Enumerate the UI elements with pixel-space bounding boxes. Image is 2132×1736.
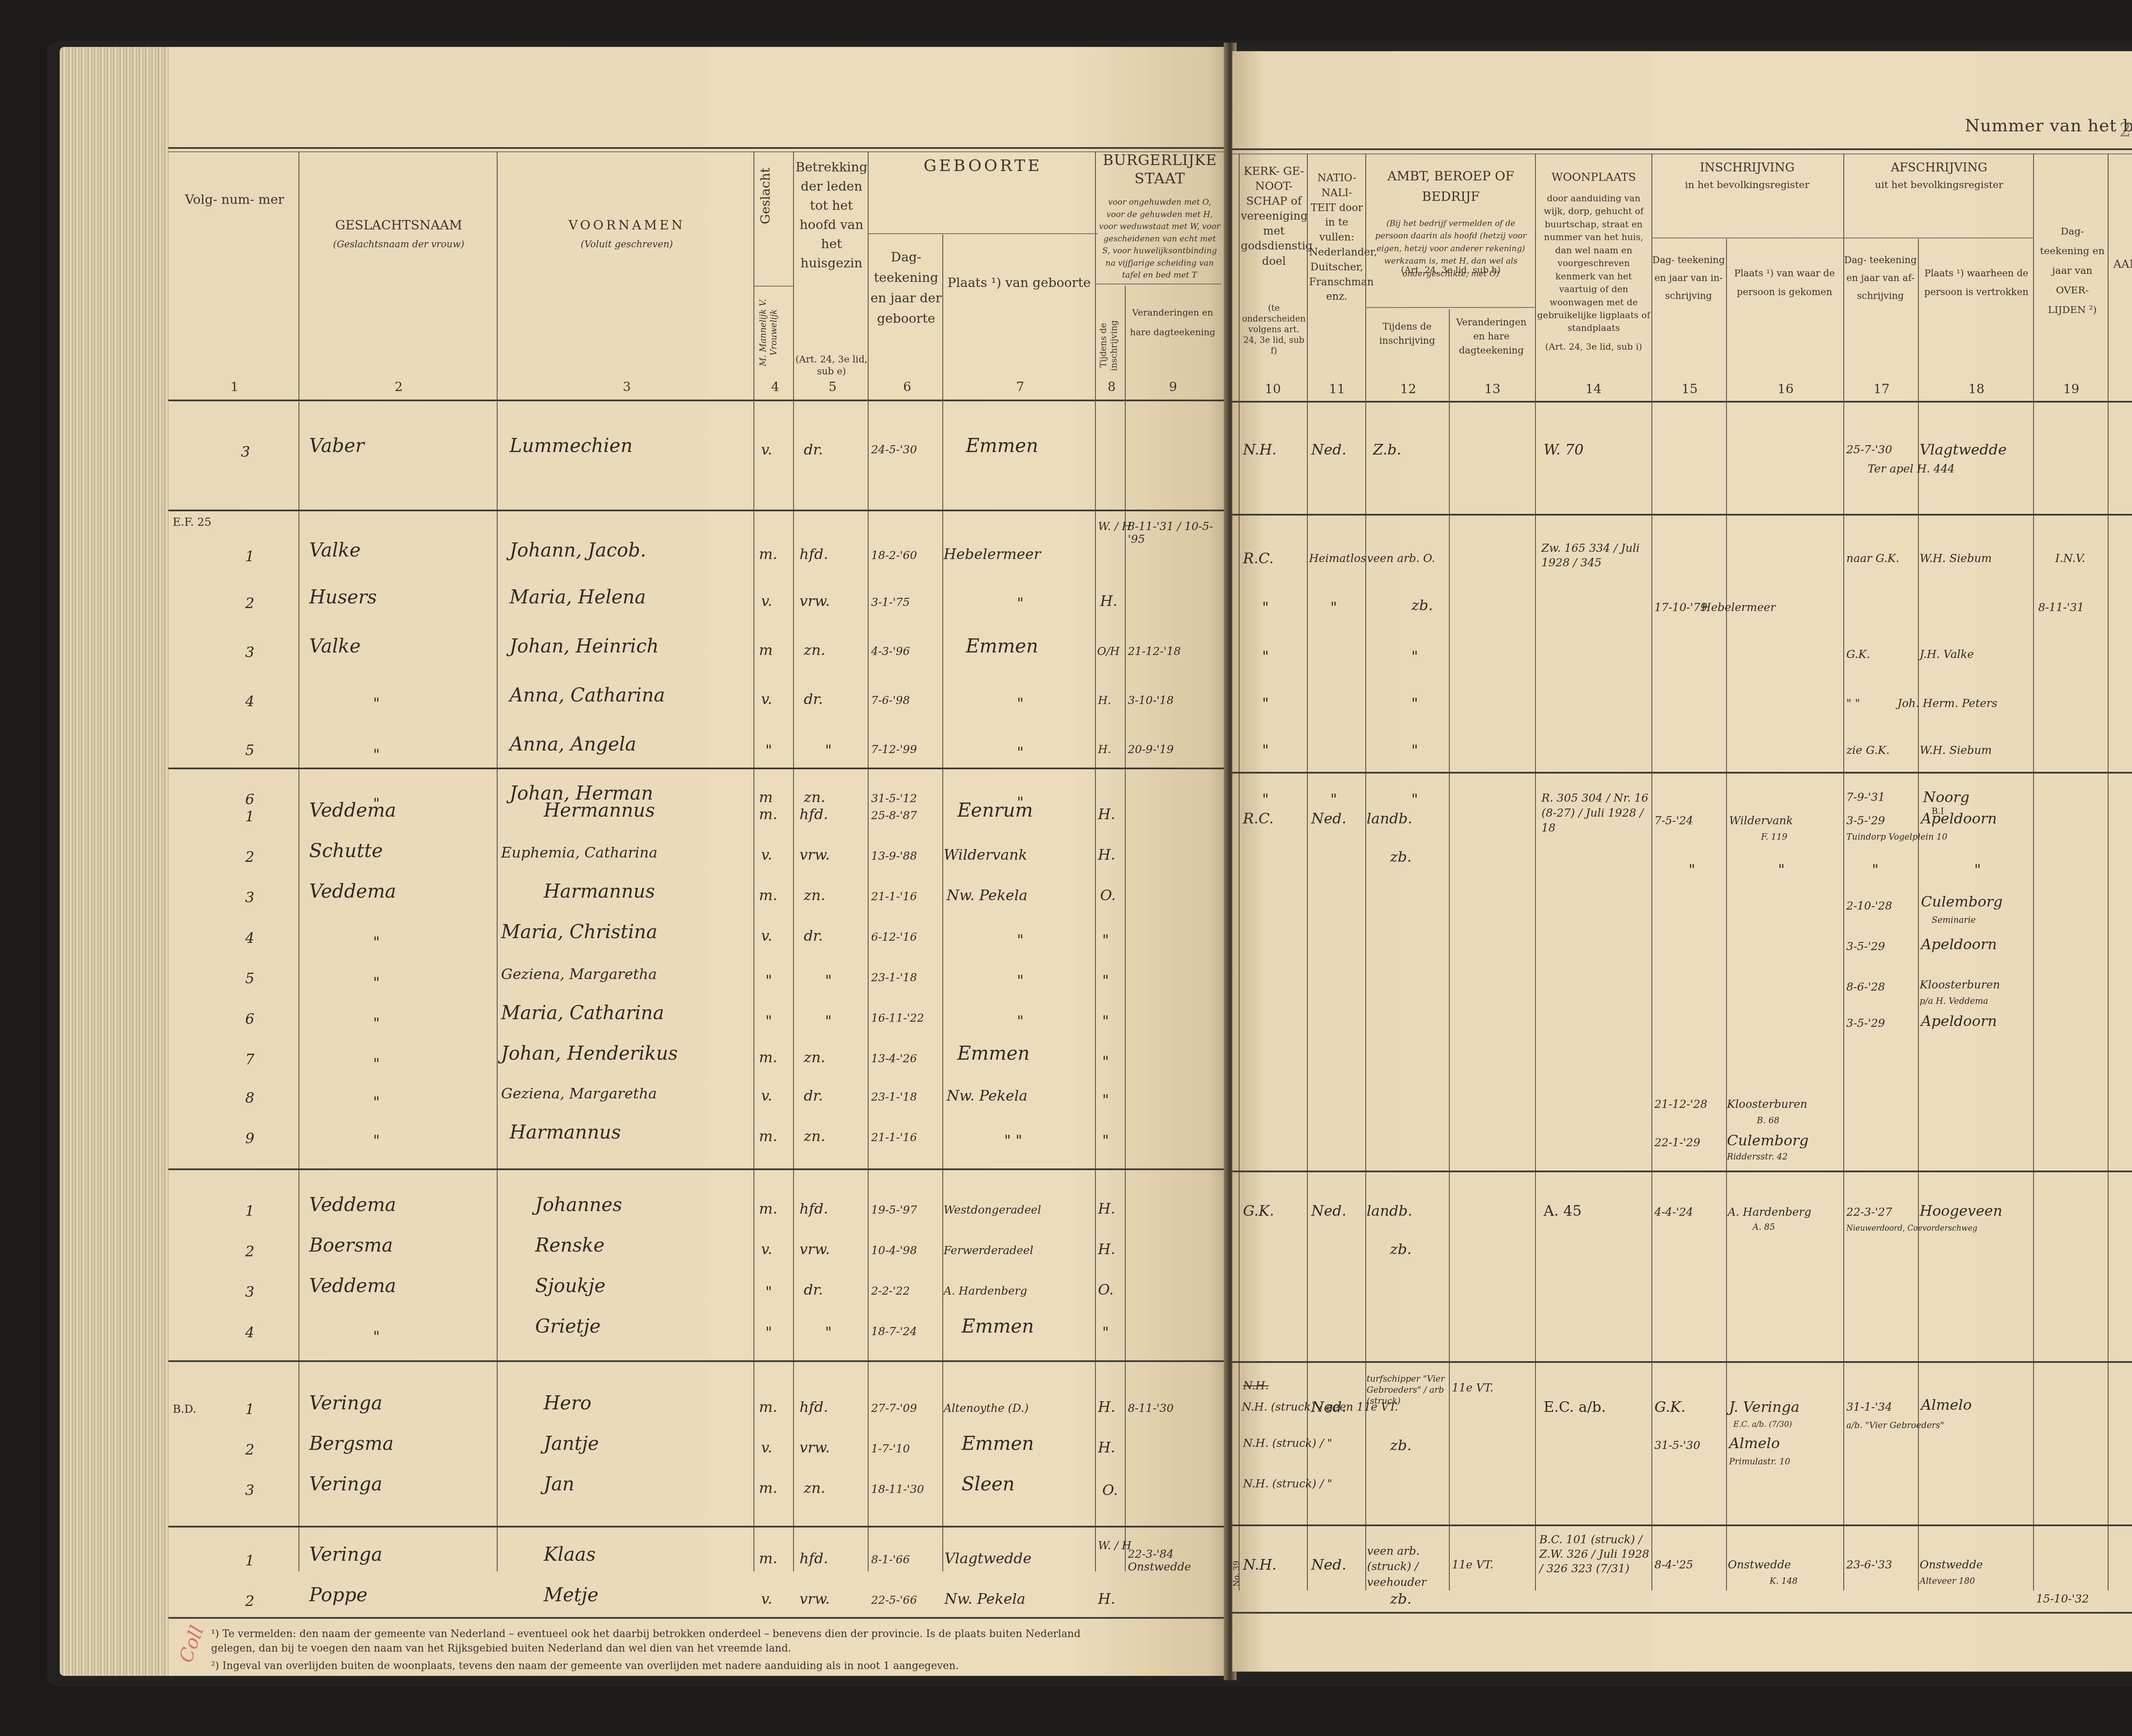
given-names: Hermannus (544, 800, 655, 821)
registration-note: Primulastr. 10 (1729, 1456, 1790, 1466)
civil-status: H. (1098, 1439, 1115, 1456)
row-number: 3 (245, 1482, 255, 1499)
birth-date: 22-5-'66 (871, 1594, 917, 1607)
deregistration-note: Seminarie (1932, 915, 1976, 925)
printer-mark: No. 39 (1232, 1561, 1241, 1587)
occupation: zb. (1390, 1591, 1412, 1608)
row-number: 2 (245, 1441, 255, 1458)
registration-place: J. Veringa (1729, 1399, 1799, 1416)
birth-date: 1-7-'10 (871, 1443, 910, 1455)
birth-place: A. Hardenberg (944, 1285, 1027, 1298)
surname: " (373, 1094, 380, 1111)
birth-date: 13-9-'88 (871, 850, 917, 863)
civil-status: H. (1098, 1399, 1115, 1416)
surname: Veringa (309, 1544, 382, 1565)
registration-date: " (1689, 861, 1695, 878)
sex: " (765, 1013, 772, 1030)
occupation: zb. (1390, 849, 1412, 866)
surname: Veddema (309, 800, 396, 821)
relation: dr. (804, 927, 823, 945)
sex: v. (761, 1591, 772, 1608)
nationality: Ned. (1311, 1203, 1346, 1220)
relation: vrw. (799, 1241, 830, 1258)
birth-date: 10-4-'98 (871, 1244, 917, 1257)
sex: m. (759, 1480, 777, 1497)
occupation-change: 11e VT. (1452, 1559, 1493, 1571)
right-page-entries: R.C. Ned. landb. R. 305 304 / Nr. 16 (8-… (1232, 51, 2132, 1672)
given-names: Harmannus (544, 881, 655, 902)
registration-place: Almelo (1729, 1435, 1780, 1452)
birth-place: Westdongeradeel (944, 1204, 1041, 1217)
death: 15-10-'32 (2036, 1593, 2089, 1606)
birth-place: Ferwerderadeel (944, 1244, 1033, 1257)
relation: dr. (804, 1281, 823, 1298)
relation: zn. (804, 1480, 826, 1497)
deregistration-place: Almelo (1921, 1397, 1972, 1414)
row-number: 5 (245, 970, 255, 987)
civil-status: " (1102, 932, 1109, 949)
registration-date: 21-12-'28 (1654, 1098, 1707, 1111)
surname: " (373, 1055, 380, 1072)
residence: B.C. 101 (struck) / Z.W. 326 / Juli 1928… (1539, 1533, 1650, 1576)
birth-date: 18-7-'24 (871, 1325, 917, 1338)
surname: " (373, 974, 380, 991)
birth-date: 21-1-'16 (871, 1131, 917, 1144)
nationality: Ned. (1311, 810, 1346, 827)
relation: hfd. (799, 1399, 828, 1416)
occupation-change: 11e VT. (1452, 1382, 1493, 1394)
relation: hfd. (799, 806, 828, 823)
relation: vrw. (799, 1591, 830, 1608)
row-number: 1 (245, 1203, 255, 1220)
civil-status: " (1102, 1053, 1109, 1070)
surname: Schutte (309, 840, 383, 862)
registration-note: B. 68 (1757, 1115, 1779, 1125)
row-number: 7 (245, 1051, 255, 1068)
deregistration-note: a/b. "Vier Gebroeders" (1846, 1420, 1944, 1430)
birth-date: 25-8-'87 (871, 809, 917, 822)
row-number: 2 (245, 1593, 255, 1610)
occupation: landb. (1367, 1203, 1412, 1220)
registration-place: Wildervank (1729, 814, 1793, 827)
row-number: 8 (245, 1090, 255, 1107)
birth-date: 2-2-'22 (871, 1285, 910, 1298)
birth-date: 19-5-'97 (871, 1204, 917, 1217)
deregistration-note: Nieuwerdoord, Coevorderschweg (1846, 1224, 1977, 1233)
birth-date: 18-11-'30 (871, 1483, 924, 1496)
civil-status: H. (1098, 1200, 1115, 1217)
registration-date: 8-4-'25 (1654, 1559, 1693, 1571)
surname: Poppe (309, 1584, 368, 1606)
given-names: Maria, Catharina (501, 1002, 664, 1024)
civil-status: " (1102, 1092, 1109, 1109)
surname: " (373, 1015, 380, 1032)
occupation: turfschipper "Vier Gebroeders" / arb (st… (1367, 1373, 1450, 1406)
occupation: landb. (1367, 810, 1412, 827)
birth-date: 8-1-'66 (871, 1553, 910, 1566)
row-number: 3 (245, 1284, 255, 1301)
birth-place: " (1017, 1013, 1024, 1030)
sex: v. (761, 1241, 772, 1258)
row-number: 6 (245, 1011, 255, 1028)
deregistration-date: 23-6-'33 (1846, 1559, 1892, 1571)
registration-note: Riddersstr. 42 (1727, 1151, 1788, 1162)
civil-status-change: 22-3-'84 Onstwedde (1128, 1548, 1217, 1574)
civil-status: H. (1098, 806, 1115, 823)
birth-place: Altenoythe (D.) (944, 1402, 1028, 1415)
row-number: 2 (245, 849, 255, 866)
relation: " (825, 1013, 832, 1030)
church: N.H. (struck) / " (1243, 1478, 1332, 1490)
row-number: 4 (245, 1324, 255, 1341)
church: N.H. (struck) / " (1243, 1437, 1332, 1450)
deregistration-place: " (1974, 861, 1981, 878)
registration-place: Kloosterburen (1727, 1098, 1808, 1111)
sex: m. (759, 1399, 777, 1416)
surname: Boersma (309, 1235, 393, 1256)
given-names: Grietje (535, 1316, 601, 1337)
row-number: 2 (245, 1243, 255, 1260)
sex: v. (761, 1439, 772, 1456)
given-names: Johan, Henderikus (501, 1043, 678, 1064)
relation: zn. (804, 1128, 826, 1145)
registration-place: " (1778, 861, 1785, 878)
nationality: Ned. (1311, 1399, 1346, 1416)
sex: m. (759, 1200, 777, 1217)
birth-place: Emmen (957, 1043, 1030, 1064)
given-names: Klaas (544, 1544, 596, 1565)
relation: vrw. (799, 1439, 830, 1456)
registration-note: K. 148 (1770, 1576, 1798, 1586)
registration-note: F. 119 (1761, 832, 1787, 842)
red-margin-note: Coll (175, 1623, 208, 1665)
household-veddema-left: 1 Veddema Hermannus m. hfd. 25-8-'87 Een… (168, 47, 1230, 1676)
sex: " (765, 1324, 772, 1341)
civil-status: O. (1098, 1281, 1114, 1298)
birth-date: 27-7-'09 (871, 1402, 917, 1415)
birth-place: Sleen (962, 1473, 1015, 1495)
registration-note: A. 85 (1753, 1222, 1775, 1232)
sex: " (765, 972, 772, 989)
relation: hfd. (799, 1550, 828, 1567)
relation: hfd. (799, 1200, 828, 1217)
deregistration-date: 31-1-'34 (1846, 1401, 1892, 1414)
given-names: Jantje (544, 1433, 599, 1455)
registration-place: Culemborg (1727, 1132, 1808, 1149)
row-number: 1 (245, 1552, 255, 1569)
church-struck: N.H. (1243, 1380, 1269, 1392)
sex: m. (759, 1049, 777, 1066)
nationality: Ned. (1311, 1556, 1346, 1574)
surname: " (373, 934, 380, 951)
deregistration-date: 8-6-'28 (1846, 981, 1885, 994)
registration-date: G.K. (1654, 1399, 1686, 1416)
civil-status: O. (1100, 887, 1116, 904)
relation: zn. (804, 1049, 826, 1066)
footnote-2: ²) Ingeval van overlijden buiten de woon… (211, 1659, 1098, 1673)
civil-status: H. (1098, 1241, 1115, 1258)
civil-status: O. (1102, 1482, 1118, 1499)
relation: " (825, 1324, 832, 1341)
birth-date: 21-1-'16 (871, 890, 917, 903)
row-number: 4 (245, 930, 255, 947)
deregistration-date: 3-5-'29 (1846, 940, 1885, 953)
surname: Veringa (309, 1392, 382, 1414)
deregistration-date: 3-5-'29 (1846, 814, 1885, 827)
civil-status: " (1102, 1132, 1109, 1149)
birth-date: 23-1-'18 (871, 1091, 917, 1104)
row-number: 3 (245, 889, 255, 906)
deregistration-place: Hoogeveen (1920, 1203, 2002, 1220)
residence: A. 45 (1544, 1203, 1582, 1220)
birth-date: 23-1-'18 (871, 971, 917, 984)
row-number: 1 (245, 808, 255, 825)
registration-date: 22-1-'29 (1654, 1136, 1700, 1149)
registration-date: 4-4-'24 (1654, 1206, 1693, 1219)
civil-status: W. / H (1098, 1539, 1131, 1552)
civil-status: " (1102, 972, 1109, 989)
relation: vrw. (799, 846, 830, 864)
civil-status: H. (1098, 1591, 1115, 1608)
sex: " (765, 1284, 772, 1301)
birth-place: Nw. Pekela (947, 887, 1028, 904)
page-edges (60, 47, 171, 1676)
margin-code: B.D. (173, 1403, 197, 1416)
sex: v. (761, 1087, 772, 1104)
relation: zn. (804, 887, 826, 904)
deregistration-note: p/a H. Veddema (1920, 996, 1988, 1006)
occupation: veen arb. (struck) / veehouder (1367, 1544, 1450, 1590)
deregistration-date: 3-5-'29 (1846, 1017, 1885, 1030)
birth-place: Nw. Pekela (947, 1087, 1028, 1104)
given-names: Sjoukje (535, 1275, 605, 1297)
given-names: Hero (544, 1392, 591, 1414)
given-names: Geziena, Margaretha (501, 1085, 657, 1102)
birth-place: Vlagtwedde (944, 1550, 1031, 1567)
civil-status-change: 8-11-'30 (1128, 1402, 1173, 1415)
relation: dr. (804, 1087, 823, 1104)
given-names: Geziena, Margaretha (501, 966, 657, 983)
birth-place: Wildervank (944, 846, 1027, 864)
surname: Bergsma (309, 1433, 394, 1455)
sex: m. (759, 887, 777, 904)
church: R.C. (1243, 810, 1274, 827)
deregistration-date: " (1872, 861, 1879, 878)
deregistration-note: Tuindorp Vogelplein 10 (1846, 832, 1947, 842)
birth-place: " " (1004, 1132, 1022, 1149)
row-number: 1 (245, 1401, 255, 1418)
footnote-1: ¹) Te vermelden: den naam der gemeente v… (211, 1627, 1098, 1655)
deregistration-place: Kloosterburen (1920, 979, 2000, 991)
surname: Veddema (309, 881, 396, 902)
deregistration-date: 22-3-'27 (1846, 1206, 1892, 1219)
surname: " (373, 1132, 380, 1149)
sex: v. (761, 846, 772, 864)
occupation: zb. (1390, 1437, 1412, 1454)
birth-date: 6-12-'16 (871, 931, 917, 944)
surname: " (373, 1328, 380, 1345)
surname: Veringa (309, 1473, 382, 1495)
deregistration-place: Culemborg (1921, 893, 2002, 910)
birth-place: Nw. Pekela (944, 1591, 1025, 1608)
residence: R. 305 304 / Nr. 16 (8-27) / Juli 1928 /… (1541, 791, 1650, 836)
civil-status: H. (1098, 846, 1115, 864)
given-names: Maria, Christina (501, 921, 658, 943)
registration-date: 31-5-'30 (1654, 1439, 1700, 1452)
civil-status: " (1102, 1013, 1109, 1030)
deregistration-place: Onstwedde (1920, 1559, 1983, 1571)
birth-place: Eenrum (957, 800, 1033, 821)
registration-place: A. Hardenberg (1728, 1206, 1811, 1219)
birth-place: " (1017, 932, 1024, 949)
sex: m. (759, 1550, 777, 1567)
sex: m. (759, 806, 777, 823)
deregistration-place: Apeldoorn (1921, 810, 1997, 827)
given-names: Harmannus (510, 1122, 621, 1143)
relation: " (825, 972, 832, 989)
row-number: 9 (245, 1130, 255, 1147)
occupation: zb. (1390, 1241, 1412, 1258)
given-names: Jan (544, 1473, 574, 1495)
birth-place: Emmen (962, 1316, 1034, 1337)
civil-status: " (1102, 1324, 1109, 1341)
deregistration-place: Apeldoorn (1921, 936, 1997, 953)
registration-note: E.C. a/b. (7/30) (1733, 1420, 1792, 1429)
given-names: Euphemia, Catharina (501, 844, 658, 861)
registration-place: Onstwedde (1728, 1559, 1791, 1571)
birth-date: 16-11-'22 (871, 1012, 924, 1025)
sex: m. (759, 1128, 777, 1145)
given-names: Renske (535, 1235, 605, 1256)
surname: Veddema (309, 1194, 396, 1216)
given-names: Johannes (535, 1194, 622, 1216)
deregistration-note: Alteveer 180 (1920, 1576, 1975, 1586)
given-names: Metje (544, 1584, 598, 1606)
church: G.K. (1243, 1203, 1274, 1220)
birth-place: " (1017, 972, 1024, 989)
registration-date: 7-5-'24 (1654, 814, 1693, 827)
birth-place: Emmen (962, 1433, 1034, 1455)
sex: v. (761, 927, 772, 945)
deregistration-date: 2-10-'28 (1846, 900, 1892, 913)
residence: E.C. a/b. (1544, 1399, 1606, 1416)
deregistration-place: Apeldoorn (1921, 1013, 1997, 1030)
surname: Veddema (309, 1275, 396, 1297)
birth-date: 13-4-'26 (871, 1052, 917, 1065)
church: N.H. (1243, 1556, 1277, 1574)
